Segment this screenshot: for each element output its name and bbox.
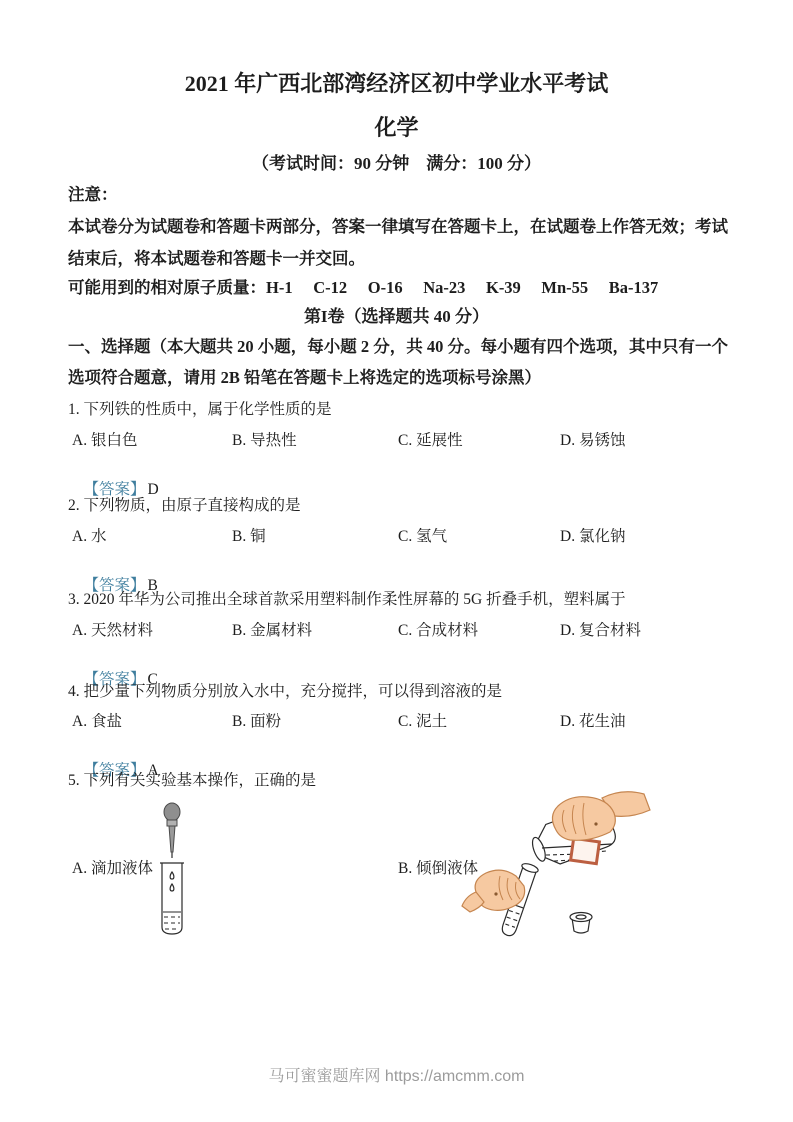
section-1-desc-line-1: 一、选择题（本大题共 20 小题，每小题 2 分，共 40 分。每小题有四个选项… xyxy=(68,337,728,358)
question-3-option-a: A. 天然材料 xyxy=(72,621,153,640)
question-2-option-a: A. 水 xyxy=(72,527,106,546)
question-1-option-b: B. 导热性 xyxy=(232,431,297,450)
drop-icon xyxy=(170,884,174,891)
dropper-icon xyxy=(164,803,180,858)
question-3-option-b: B. 金属材料 xyxy=(232,621,312,640)
question-3-option-d: D. 复合材料 xyxy=(560,621,641,640)
section-1-desc-line-2: 选项符合题意，请用 2B 铅笔在答题卡上将选定的选项标号涂黑） xyxy=(68,368,541,389)
footer-watermark: 马可蜜蜜题库网 https://amcmm.com xyxy=(0,1063,793,1086)
question-3-text: 3. 2020 年华为公司推出全球首款采用塑料制作柔性屏幕的 5G 折叠手机，塑… xyxy=(68,590,626,609)
question-5-text: 5. 下列有关实验基本操作，正确的是 xyxy=(68,771,316,790)
notice-line-1: 本试卷分为试题卷和答题卡两部分，答案一律填写在答题卡上，在试题卷上作答无效；考试 xyxy=(68,217,728,238)
section-1-title: 第I卷（选择题共 40 分） xyxy=(0,306,793,327)
notice-label: 注意： xyxy=(68,185,118,206)
question-2-option-d: D. 氯化钠 xyxy=(560,527,625,546)
pouring-hand-icon xyxy=(552,792,650,841)
question-4-option-d: D. 花生油 xyxy=(560,712,625,731)
question-4-text: 4. 把少量下列物质分别放入水中，充分搅拌，可以得到溶液的是 xyxy=(68,682,502,701)
question-4-option-a: A. 食盐 xyxy=(72,712,122,731)
holding-hand-icon xyxy=(462,870,525,912)
stopper-icon xyxy=(570,913,592,934)
exam-subject: 化学 xyxy=(0,114,793,142)
question-5-option-a-label: A. 滴加液体 xyxy=(72,859,153,878)
question-2-text: 2. 下列物质，由原子直接构成的是 xyxy=(68,496,301,515)
question-3-option-c: C. 合成材料 xyxy=(398,621,478,640)
question-2-option-c: C. 氢气 xyxy=(398,527,447,546)
question-2-option-b: B. 铜 xyxy=(232,527,266,546)
notice-line-2: 结束后，将本试题卷和答题卡一并交回。 xyxy=(68,249,365,270)
question-1-option-d: D. 易锈蚀 xyxy=(560,431,625,450)
exam-document-page: 2021 年广西北部湾经济区初中学业水平考试 化学 （考试时间：90 分钟 满分… xyxy=(0,0,793,1122)
pouring-liquid-illustration xyxy=(460,788,710,968)
exam-title: 2021 年广西北部湾经济区初中学业水平考试 xyxy=(0,70,793,98)
exam-info: （考试时间：90 分钟 满分：100 分） xyxy=(0,153,793,174)
figure-pouring-liquid xyxy=(460,788,710,973)
question-1-option-a: A. 银白色 xyxy=(72,431,137,450)
bottle-label xyxy=(571,838,600,863)
question-4-option-b: B. 面粉 xyxy=(232,712,281,731)
test-tube-icon xyxy=(160,863,184,934)
question-1-text: 1. 下列铁的性质中，属于化学性质的是 xyxy=(68,400,332,419)
atomic-masses-line: 可能用到的相对原子质量：H-1 C-12 O-16 Na-23 K-39 Mn-… xyxy=(68,278,658,299)
question-1-option-c: C. 延展性 xyxy=(398,431,463,450)
question-4-option-c: C. 泥土 xyxy=(398,712,447,731)
figure-dropping-liquid xyxy=(147,800,199,950)
dropper-test-tube-illustration xyxy=(147,800,199,945)
drop-icon xyxy=(170,872,174,879)
